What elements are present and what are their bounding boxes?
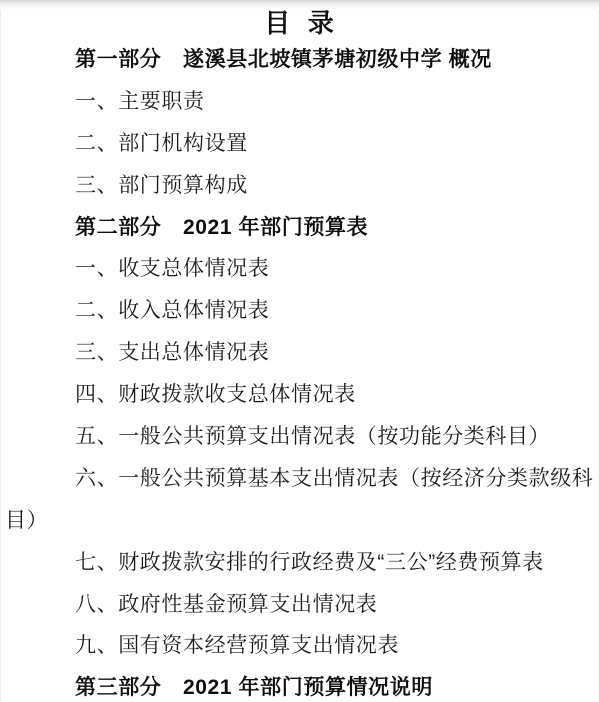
toc-entry: 二、收入总体情况表 xyxy=(0,290,599,332)
toc-entry: 五、一般公共预算支出情况表（按功能分类科目） xyxy=(0,416,599,458)
toc-section-heading: 第一部分 遂溪县北坡镇茅塘初级中学 概况 xyxy=(0,39,599,81)
toc-entry: 一、主要职责 xyxy=(0,81,599,123)
toc-entry: 八、政府性基金预算支出情况表 xyxy=(0,584,599,626)
toc-entry: 六、一般公共预算基本支出情况表（按经济分类款级科 xyxy=(0,458,599,500)
toc-entry: 三、支出总体情况表 xyxy=(0,332,599,374)
toc-entry: 一、收支总体情况表 xyxy=(0,248,599,290)
toc-list: 第一部分 遂溪县北坡镇茅塘初级中学 概况一、主要职责二、部门机构设置三、部门预算… xyxy=(0,39,599,702)
document-page: 目 录 第一部分 遂溪县北坡镇茅塘初级中学 概况一、主要职责二、部门机构设置三、… xyxy=(0,0,599,702)
toc-entry: 二、部门机构设置 xyxy=(0,123,599,165)
page-title: 目 录 xyxy=(0,0,599,39)
toc-entry: 九、国有资本经营预算支出情况表 xyxy=(0,625,599,667)
toc-section-heading: 第二部分 2021 年部门预算表 xyxy=(0,207,599,249)
toc-entry: 四、财政拨款收支总体情况表 xyxy=(0,374,599,416)
toc-section-heading: 第三部分 2021 年部门预算情况说明 xyxy=(0,667,599,702)
toc-entry: 七、财政拨款安排的行政经费及“三公”经费预算表 xyxy=(0,542,599,584)
toc-entry-continuation: 目） xyxy=(0,500,599,542)
toc-entry: 三、部门预算构成 xyxy=(0,165,599,207)
